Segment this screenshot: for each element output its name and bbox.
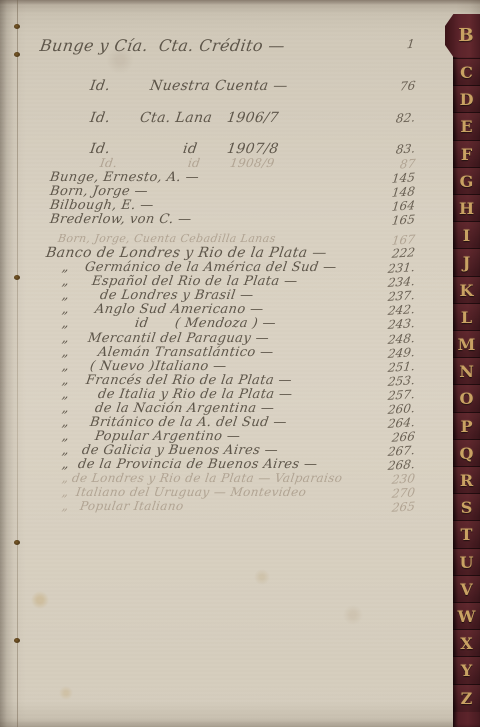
index-entry: Id.Cta. Lana1906/782. bbox=[0, 110, 452, 128]
entry-text: „ bbox=[61, 288, 70, 303]
thumb-tab-letter: T bbox=[461, 525, 473, 544]
thumb-tab-letter: Z bbox=[461, 689, 473, 708]
thumb-tab-letter: W bbox=[458, 607, 476, 626]
thumb-tab-letter: Q bbox=[460, 444, 474, 463]
thumb-tab-r: R bbox=[453, 466, 480, 494]
entry-text: Bunge, Ernesto, A. — bbox=[49, 170, 200, 185]
thumb-tab-letter: F bbox=[461, 145, 472, 164]
thumb-tab-z: Z bbox=[453, 684, 480, 712]
thumb-tab-t: T bbox=[453, 520, 480, 548]
entry-text: Id. bbox=[89, 110, 111, 126]
thumb-tab-letter: R bbox=[460, 471, 473, 490]
entry-page-number: 222 bbox=[391, 245, 416, 261]
entry-text: Francés del Rio de la Plata — bbox=[85, 373, 293, 388]
entry-page-number: 82. bbox=[395, 110, 416, 125]
entry-page-number: 165 bbox=[391, 212, 416, 228]
entry-text: „ bbox=[61, 274, 70, 289]
entry-text: Cta. Lana bbox=[139, 110, 213, 126]
thumb-tab-h: H bbox=[453, 194, 480, 222]
entry-text: Bunge y Cía. Cta. Crédito — bbox=[39, 36, 287, 55]
entry-text: id bbox=[182, 141, 198, 157]
entry-text: de Londres y Rio de la Plata — Valparais… bbox=[71, 471, 343, 485]
entry-text: Germánico de la América del Sud — bbox=[84, 260, 338, 275]
entry-text: de Italia y Rio de la Plata — bbox=[97, 387, 293, 402]
entry-page-number: 243. bbox=[387, 316, 415, 332]
binding-stitch bbox=[14, 638, 20, 643]
entry-text: „ bbox=[61, 499, 70, 513]
entry-text: Id. bbox=[99, 156, 118, 170]
entry-text: „ bbox=[61, 359, 70, 374]
entry-text: Popular Italiano bbox=[79, 499, 185, 513]
thumb-tab-letter: N bbox=[459, 362, 474, 381]
entry-text: „ bbox=[61, 260, 70, 275]
thumb-tab-letter: H bbox=[459, 199, 474, 218]
entry-text: „ bbox=[61, 331, 70, 346]
thumb-tab-letter: K bbox=[460, 281, 474, 300]
entry-text: Italiano — bbox=[154, 359, 228, 374]
entry-text: „ bbox=[61, 415, 70, 430]
entry-text: de la Nación Argentina — bbox=[94, 401, 275, 416]
entry-text: 1907/8 bbox=[226, 141, 280, 157]
entry-text: „ bbox=[61, 485, 70, 499]
thumb-tab-letter: L bbox=[461, 308, 472, 327]
thumb-tab-letter: S bbox=[461, 498, 473, 517]
entry-text: Banco de Londres y Rio de la Plata — bbox=[45, 245, 328, 261]
entry-text: „ bbox=[61, 401, 70, 416]
entry-text: „ bbox=[61, 316, 70, 331]
thumb-tab-letter: M bbox=[458, 335, 476, 354]
entry-text: Italiano del Uruguay — Montevideo bbox=[75, 485, 307, 499]
thumb-tab-letter: E bbox=[460, 117, 472, 136]
thumb-tab-k: K bbox=[453, 276, 480, 304]
binding-stitch bbox=[14, 24, 20, 29]
thumb-tab-letter: C bbox=[460, 63, 473, 82]
entry-page-number: 265 bbox=[391, 499, 416, 515]
entry-page-number: 83. bbox=[395, 141, 416, 156]
entry-text: id bbox=[134, 316, 149, 331]
entry-text: id bbox=[187, 156, 201, 170]
entry-text: „ bbox=[61, 302, 70, 317]
entry-text: „ bbox=[61, 457, 70, 472]
entry-text: Británico de la A. del Sud — bbox=[89, 415, 288, 430]
entry-text: de Londres y Brasil — bbox=[99, 288, 255, 303]
entry-text: Nuestra Cuenta — bbox=[149, 78, 289, 94]
entry-text: Español del Rio de la Plata — bbox=[91, 274, 299, 289]
entry-text: „ bbox=[61, 443, 70, 458]
thumb-tab-p: P bbox=[453, 412, 480, 440]
entry-text: Born, Jorge, Cuenta Cebadilla Lanas bbox=[57, 232, 277, 245]
entry-text: Bilbough, E. — bbox=[49, 198, 155, 213]
entry-text: Alemán Transatlántico — bbox=[97, 345, 275, 360]
entry-text: 1908/9 bbox=[229, 156, 276, 170]
thumb-tab-letter: P bbox=[460, 417, 472, 436]
thumb-tab-w: W bbox=[453, 602, 480, 630]
thumb-tab-letter: X bbox=[460, 634, 472, 653]
thumb-tab-letter: I bbox=[463, 226, 470, 245]
thumb-tab-i: I bbox=[453, 221, 480, 249]
thumb-tab-j: J bbox=[453, 248, 480, 276]
entry-text: Brederlow, von C. — bbox=[49, 212, 193, 227]
entry-text: Id. bbox=[89, 141, 111, 157]
index-entry: „Popular Italiano265 bbox=[0, 499, 452, 517]
entry-text: „ bbox=[61, 387, 70, 402]
thumb-tab-v: V bbox=[453, 575, 480, 603]
entry-text: 1906/7 bbox=[226, 110, 280, 126]
thumb-tab-n: N bbox=[453, 357, 480, 385]
thumb-tab-letter: J bbox=[463, 253, 471, 272]
entry-text: „ bbox=[61, 345, 70, 360]
thumb-tab-x: X bbox=[453, 629, 480, 657]
thumb-tab-s: S bbox=[453, 493, 480, 521]
thumb-tab-letter: B bbox=[451, 25, 473, 46]
alphabet-thumb-index: CDEFGHIJKLMNOPQRSTUVWXYZ bbox=[453, 50, 480, 727]
entry-text: „ bbox=[61, 373, 70, 388]
thumb-tab-g: G bbox=[453, 167, 480, 195]
entry-text: Anglo Sud Americano — bbox=[94, 302, 265, 317]
thumb-tab-letter: D bbox=[460, 90, 474, 109]
thumb-tab-u: U bbox=[453, 548, 480, 576]
thumb-tab-current-b: B bbox=[445, 14, 480, 57]
entry-page-number: 76 bbox=[399, 78, 416, 93]
entry-text: de Galicia y Buenos Aires — bbox=[81, 443, 279, 458]
entry-text: „ bbox=[61, 429, 70, 444]
binding-stitch bbox=[14, 540, 20, 545]
thumb-tab-letter: O bbox=[460, 389, 474, 408]
index-entry: Bunge y Cía. Cta. Crédito —1 bbox=[0, 36, 452, 54]
entry-text: ( Mendoza ) — bbox=[174, 316, 277, 331]
thumb-tab-y: Y bbox=[453, 656, 480, 684]
entry-text: Id. bbox=[89, 78, 111, 94]
thumb-tab-m: M bbox=[453, 330, 480, 358]
thumb-tab-letter: V bbox=[460, 580, 472, 599]
entry-page-number: 1 bbox=[407, 37, 416, 51]
entry-text: Popular Argentino — bbox=[94, 429, 241, 444]
entry-text: ( Nuevo ) bbox=[89, 359, 156, 374]
thumb-tab-q: Q bbox=[453, 439, 480, 467]
thumb-tab-d: D bbox=[453, 85, 480, 113]
thumb-tab-e: E bbox=[453, 112, 480, 140]
thumb-tab-letter: G bbox=[460, 172, 474, 191]
entry-text: Mercantil del Paraguay — bbox=[87, 331, 270, 346]
thumb-tab-o: O bbox=[453, 384, 480, 412]
index-entry: Brederlow, von C. —165 bbox=[0, 212, 452, 230]
ledger-scan-page: Bunge y Cía. Cta. Crédito —1Id.Nuestra C… bbox=[0, 0, 480, 727]
entry-text: de la Provincia de Buenos Aires — bbox=[77, 457, 319, 472]
entry-text: Born, Jorge — bbox=[49, 184, 149, 199]
thumb-tab-letter: U bbox=[460, 553, 474, 572]
entry-text: „ bbox=[61, 471, 70, 485]
index-entry: Id.Nuestra Cuenta —76 bbox=[0, 78, 452, 96]
thumb-tab-l: L bbox=[453, 303, 480, 331]
thumb-tab-c: C bbox=[453, 58, 480, 86]
thumb-tab-letter: Y bbox=[461, 661, 472, 680]
thumb-tab-f: F bbox=[453, 140, 480, 168]
